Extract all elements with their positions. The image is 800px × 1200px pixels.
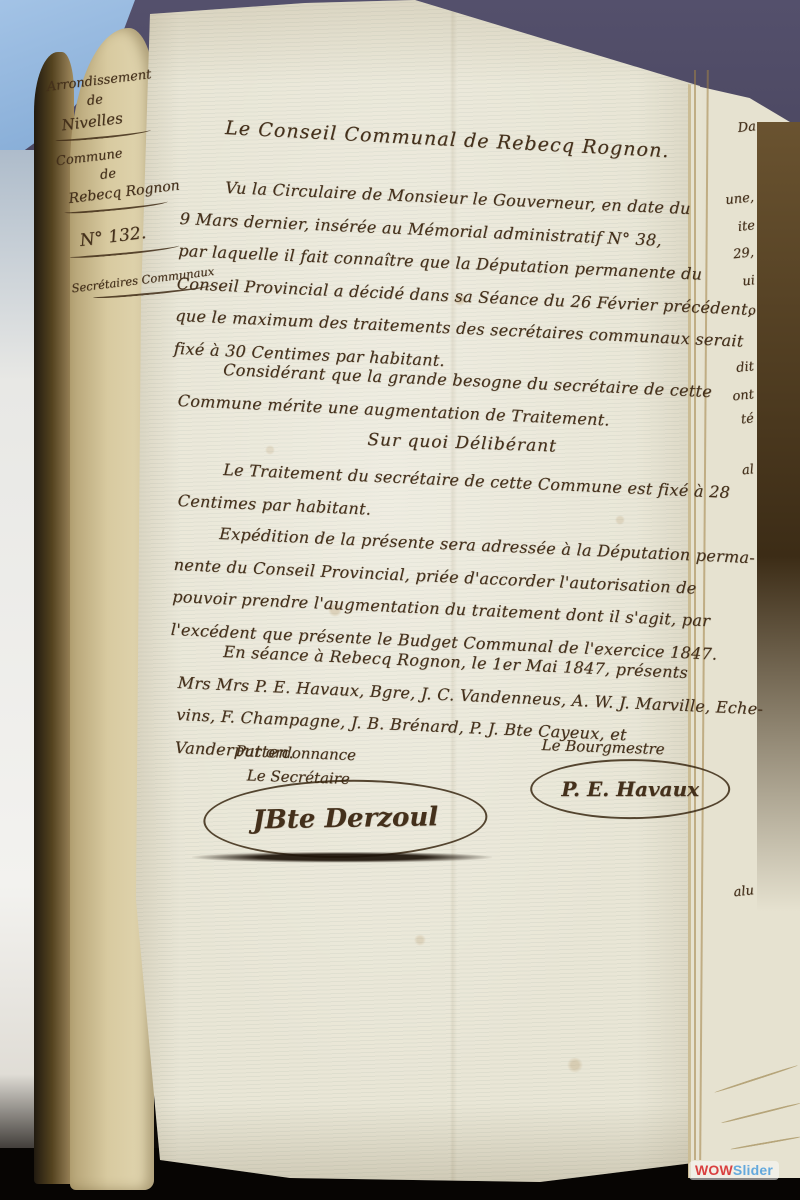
deliberation-heading: Sur quoi Délibérant [367, 424, 558, 463]
photo-of-manuscript-page: Da une, ite 29, ui o dit ont té al alu A… [0, 0, 800, 1200]
watermark-slider-text: Slider [733, 1162, 773, 1178]
watermark-wow-text: WOW [695, 1162, 733, 1178]
burgomaster-signature-block: Le Bourgmestre P. E. Havaux [539, 736, 732, 823]
ink-smear-flourish [192, 852, 492, 863]
secretary-signature-block: Par ordonnance Le Secrétaire JBte Derzou… [232, 742, 496, 868]
burgomaster-signature: P. E. Havaux [530, 759, 730, 819]
secretary-signature: JBte Derzoul [203, 777, 488, 860]
wowslider-watermark[interactable]: WOWSlider [689, 1161, 779, 1180]
fore-edge-brown-strip [757, 122, 800, 912]
